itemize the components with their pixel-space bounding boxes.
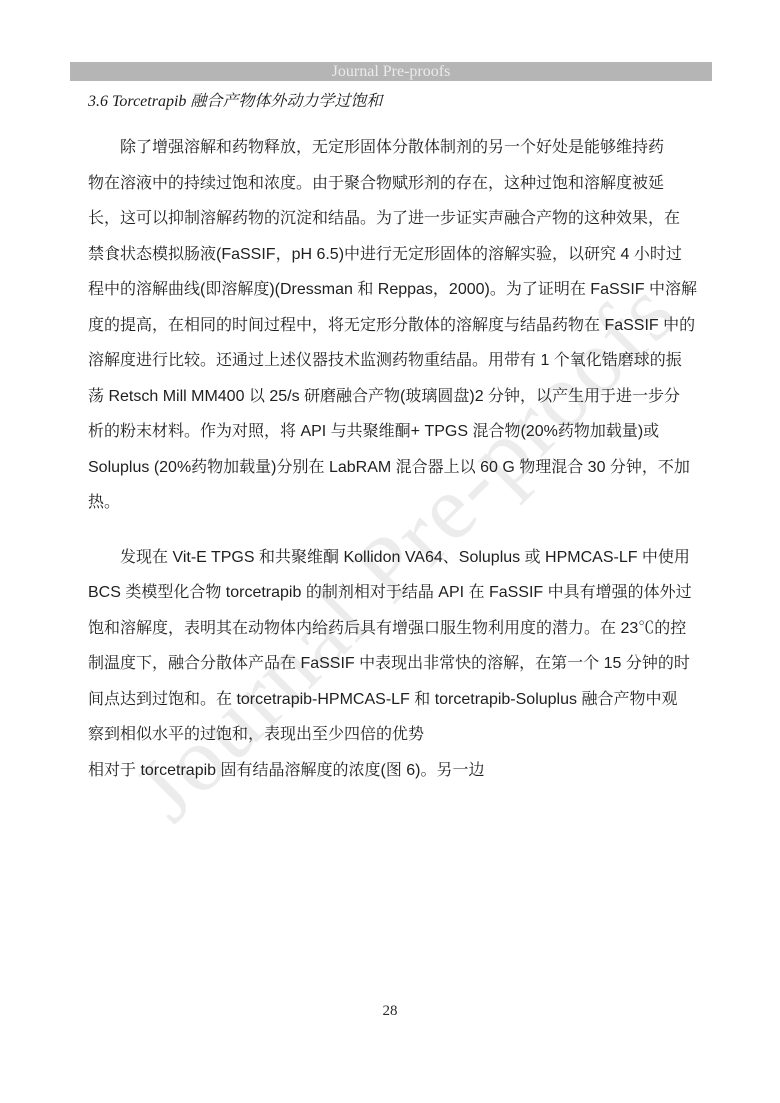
paragraph-line: Soluplus (20%药物加载量)分别在 LabRAM 混合器上以 60 G… <box>88 450 700 486</box>
paragraph-1: 除了增强溶解和药物释放，无定形固体分散体制剂的另一个好处是能够维持药 物在溶液中… <box>88 130 700 521</box>
paragraph-line: 除了增强溶解和药物释放，无定形固体分散体制剂的另一个好处是能够维持药 <box>88 130 700 166</box>
paragraph-line: 析的粉末材料。作为对照，将 API 与共聚维酮+ TPGS 混合物(20%药物加… <box>88 414 700 450</box>
paragraph-line: 度的提高，在相同的时间过程中，将无定形分散体的溶解度与结晶药物在 FaSSIF … <box>88 308 700 344</box>
section-heading: 3.6 Torcetrapib 融合产物体外动力学过饱和 <box>88 90 698 114</box>
body-text: 除了增强溶解和药物释放，无定形固体分散体制剂的另一个好处是能够维持药 物在溶液中… <box>88 130 700 788</box>
document-page: Journal Pre-proofs Journal Pre-proofs 3.… <box>0 0 780 1103</box>
paragraph-line: 荡 Retsch Mill MM400 以 25/s 研磨融合产物(玻璃圆盘)2… <box>88 379 700 415</box>
journal-header-bar: Journal Pre-proofs <box>70 62 712 81</box>
page-number: 28 <box>0 1003 780 1020</box>
journal-header-label: Journal Pre-proofs <box>332 63 451 80</box>
paragraph-line: 相对于 torcetrapib 固有结晶溶解度的浓度(图 6)。另一边 <box>88 753 700 789</box>
paragraph-line: 饱和溶解度，表明其在动物体内给药后具有增强口服生物利用度的潜力。在 23℃的控 <box>88 611 700 647</box>
paragraph-line: 溶解度进行比较。还通过上述仪器技术监测药物重结晶。用带有 1 个氧化锆磨球的振 <box>88 343 700 379</box>
paragraph-line: 间点达到过饱和。在 torcetrapib-HPMCAS-LF 和 torcet… <box>88 682 700 718</box>
paragraph-line: 制温度下，融合分散体产品在 FaSSIF 中表现出非常快的溶解，在第一个 15 … <box>88 646 700 682</box>
paragraph-line: BCS 类模型化合物 torcetrapib 的制剂相对于结晶 API 在 Fa… <box>88 575 700 611</box>
paragraph-line: 物在溶液中的持续过饱和浓度。由于聚合物赋形剂的存在，这种过饱和溶解度被延 <box>88 166 700 202</box>
paragraph-line: 热。 <box>88 485 700 521</box>
paragraph-line: 禁食状态模拟肠液(FaSSIF，pH 6.5)中进行无定形固体的溶解实验，以研究… <box>88 237 700 273</box>
paragraph-line: 长，这可以抑制溶解药物的沉淀和结晶。为了进一步证实声融合产物的这种效果，在 <box>88 201 700 237</box>
paragraph-line: 发现在 Vit-E TPGS 和共聚维酮 Kollidon VA64、Solup… <box>88 540 700 576</box>
paragraph-2: 发现在 Vit-E TPGS 和共聚维酮 Kollidon VA64、Solup… <box>88 540 700 753</box>
paragraph-line: 察到相似水平的过饱和，表现出至少四倍的优势 <box>88 717 700 753</box>
paragraph-3: 相对于 torcetrapib 固有结晶溶解度的浓度(图 6)。另一边 <box>88 753 700 789</box>
paragraph-line: 程中的溶解曲线(即溶解度)(Dressman 和 Reppas，2000)。为了… <box>88 272 700 308</box>
